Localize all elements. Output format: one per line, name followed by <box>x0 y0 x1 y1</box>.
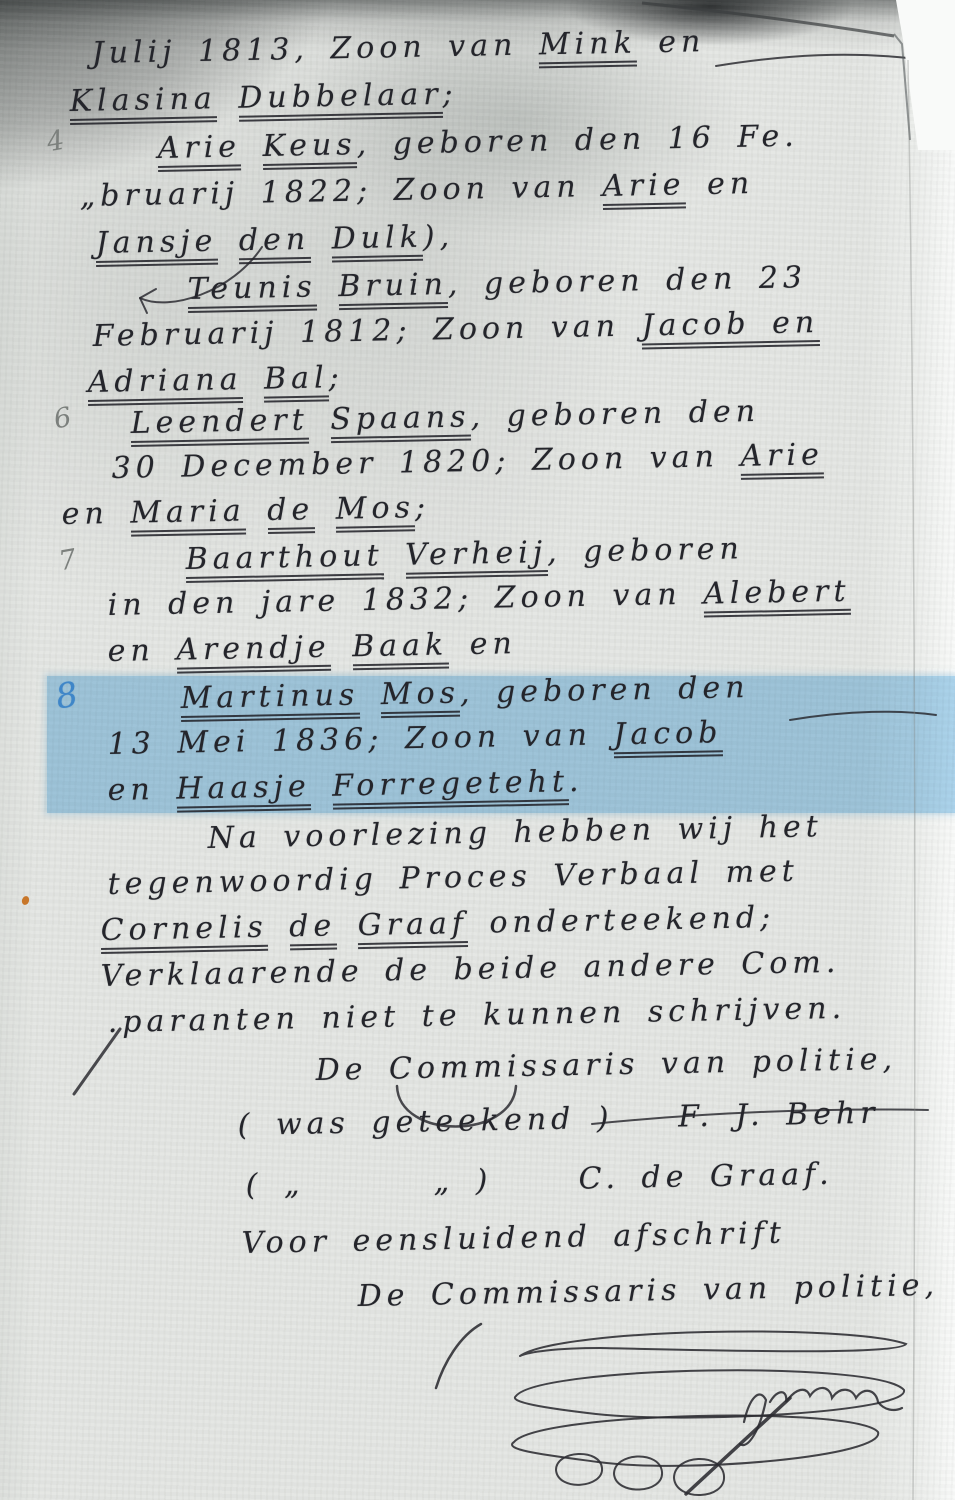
underlined-name: Jacob en <box>641 305 819 349</box>
text-segment <box>314 492 336 527</box>
underlined-name: Jansje <box>95 224 217 267</box>
underlined-name: Klasina <box>69 81 217 125</box>
text-segment <box>242 362 264 397</box>
text-segment: en <box>107 633 176 669</box>
underlined-name: Dulk <box>331 220 423 263</box>
text-segment: en <box>107 772 176 808</box>
manuscript-line: Adriana Bal; <box>87 360 344 400</box>
text-segment <box>216 81 238 116</box>
scanned-register-page: 4 6 7 8 Julij 1813, Zoon van Mink en Kla… <box>0 0 955 1500</box>
text-segment: . <box>569 764 584 799</box>
text-segment: , geboren <box>547 531 744 570</box>
text-segment: C. de Graaf. <box>578 1157 834 1197</box>
underlined-name: Arie <box>157 129 241 172</box>
text-segment: en <box>61 496 130 532</box>
underlined-name: Alebert <box>703 574 851 618</box>
underlined-name: Adriana <box>87 362 243 406</box>
underlined-name: Teunis <box>187 270 317 313</box>
text-segment <box>359 677 381 712</box>
underlined-name: Leendert <box>130 403 309 447</box>
underlined-name: de <box>289 908 337 950</box>
underlined-name: Bruin <box>338 267 448 310</box>
text-segment: ; <box>415 490 431 525</box>
underlined-name: den <box>239 222 311 264</box>
underlined-name: Arie <box>740 437 824 480</box>
text-segment: ( „ „ ) <box>245 1162 579 1203</box>
underlined-name: Jacob <box>613 715 723 758</box>
underlined-name: Arie <box>602 167 686 210</box>
underlined-name: Bal <box>264 360 329 402</box>
text-segment <box>245 493 267 528</box>
underlined-name: Baarthout <box>185 538 384 583</box>
text-segment: ), <box>422 219 454 255</box>
text-segment <box>330 629 352 664</box>
underlined-name: Mos <box>380 676 460 719</box>
underlined-name: Cornelis <box>100 910 268 954</box>
text-segment <box>241 129 263 164</box>
text-segment <box>310 769 332 804</box>
text-segment <box>316 269 338 304</box>
text-segment: ; <box>328 360 344 395</box>
underlined-name: Graaf <box>357 906 468 949</box>
text-segment <box>336 908 358 943</box>
text-segment: en <box>448 626 517 662</box>
underlined-name: Dubbelaar <box>238 77 443 122</box>
text-segment: en <box>685 166 754 202</box>
text-segment <box>383 538 405 573</box>
underlined-name: Baak <box>352 627 449 670</box>
text-segment <box>217 223 239 258</box>
underlined-name: Maria <box>130 493 246 536</box>
text-segment: , geboren den 23 <box>448 260 808 302</box>
manuscript-line: Jansje den Dulk), <box>95 219 454 261</box>
underlined-name: Haasje <box>176 769 311 813</box>
text-segment <box>310 221 332 256</box>
text-segment: onderteekend; <box>468 900 776 941</box>
underlined-name: Verheij <box>405 535 548 579</box>
text-segment: , geboren den <box>460 670 750 711</box>
underlined-name: Arendje <box>176 630 331 674</box>
text-segment <box>267 909 289 944</box>
underlined-name: Mink <box>539 26 638 69</box>
underlined-name: Martinus <box>180 678 359 722</box>
manuscript-line: Klasina Dubbelaar; <box>69 77 458 119</box>
underlined-name: Forregeteht <box>332 764 570 810</box>
underlined-name: Spaans <box>330 399 471 443</box>
text-segment: , geboren den <box>470 394 760 435</box>
text-segment <box>308 402 330 437</box>
text-segment: F. J. Behr <box>678 1096 880 1135</box>
underlined-name: Mos <box>335 490 415 533</box>
manuscript-line: en Maria de Mos; <box>61 490 430 532</box>
text-segment: ; <box>442 77 458 112</box>
text-segment: en <box>636 24 705 60</box>
underlined-name: Keus <box>262 127 357 170</box>
underlined-name: de <box>267 492 315 534</box>
